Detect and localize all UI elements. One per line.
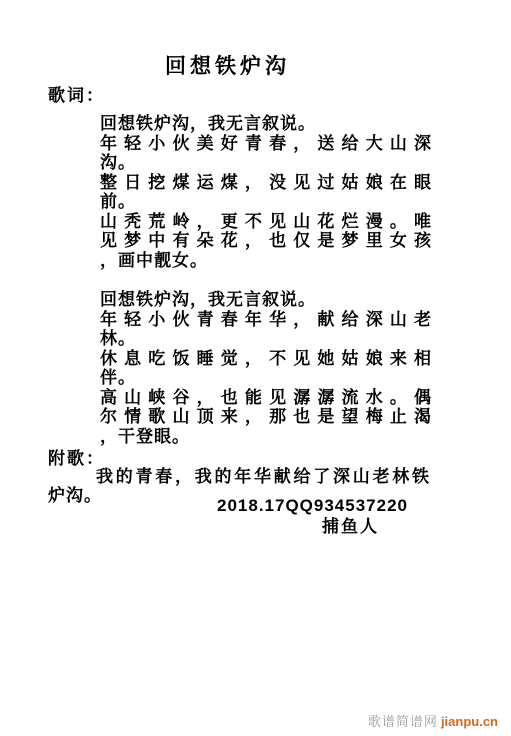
site-watermark: 歌谱简谱网jianpu.cn	[368, 711, 498, 730]
lyrics-page: 回想铁炉沟 歌词： 回想铁炉沟，我无言叙说。 年轻小伙美好青春，送给大山深 沟。…	[0, 0, 511, 736]
lyric-line: 休息吃饭睡觉，不见她姑娘来相	[100, 349, 432, 369]
lyric-line: ，干登眼。	[100, 427, 432, 447]
lyric-line: ，画中靓女。	[100, 251, 432, 271]
lyric-line: 年轻小伙美好青春，送给大山深	[100, 134, 432, 154]
lyric-line: 沟。	[100, 153, 432, 173]
lyric-line: 见梦中有朵花，也仅是梦里女孩	[100, 231, 432, 251]
lyric-line: 回想铁炉沟，我无言叙说。	[100, 114, 432, 134]
lyric-line: 高山峡谷，也能见潺潺流水。偶	[100, 388, 432, 408]
lyric-line: 回想铁炉沟，我无言叙说。	[100, 290, 432, 310]
lyric-line: 整日挖煤运煤，没见过姑娘在眼	[100, 173, 432, 193]
lyric-line: 山秃荒岭，更不见山花烂漫。唯	[100, 212, 432, 232]
lyric-line: 尔情歌山顶来，那也是望梅止渴	[100, 407, 432, 427]
watermark-site-url: jianpu.cn	[441, 714, 498, 729]
verse-2: 回想铁炉沟，我无言叙说。 年轻小伙青春年华，献给深山老 林。 休息吃饭睡觉，不见…	[100, 290, 432, 446]
author-name: 捕鱼人	[0, 512, 379, 537]
lyric-line: 林。	[100, 329, 432, 349]
verse-1: 回想铁炉沟，我无言叙说。 年轻小伙美好青春，送给大山深 沟。 整日挖煤运煤，没见…	[100, 114, 432, 270]
lyric-line: 年轻小伙青春年华，献给深山老	[100, 310, 432, 330]
lyric-line: 伴。	[100, 368, 432, 388]
song-title: 回想铁炉沟	[165, 50, 290, 80]
lyric-line: 前。	[100, 192, 432, 212]
watermark-site-name: 歌谱简谱网	[368, 714, 438, 729]
coda-line-1: 我的青春，我的年华献给了深山老林铁	[96, 462, 430, 487]
lyrics-label: 歌词：	[48, 81, 105, 106]
